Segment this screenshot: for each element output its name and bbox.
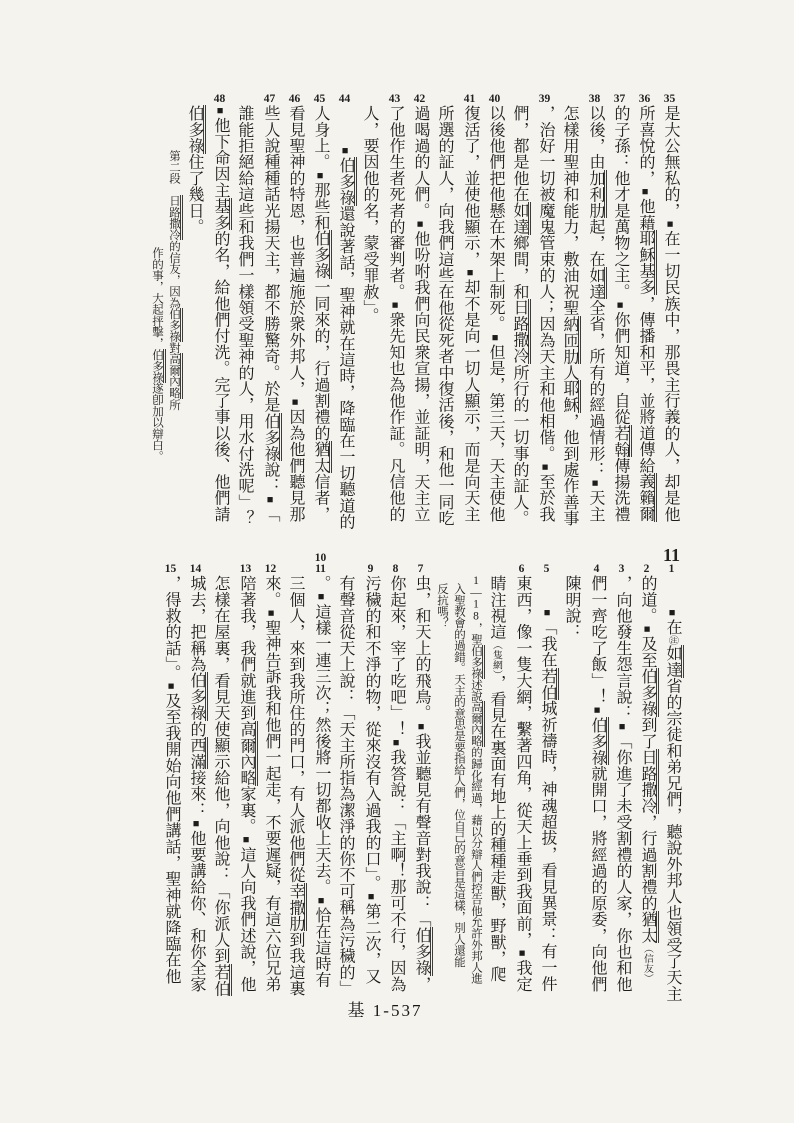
verse-number xyxy=(283,544,308,575)
proper-name: 猶太 xyxy=(312,441,332,473)
verse-text: 有聲音從天上說：「天主所指為潔淨的你不可稱為污穢的」 xyxy=(333,575,358,1003)
chapter-number: 11 xyxy=(663,547,680,564)
verse-text: 所喜悅的，■他藉耶穌基多，傳播和平，並將道傳給義籟爾 xyxy=(632,105,658,537)
proper-name: 伯多祿 xyxy=(639,668,659,717)
annotation-mark: （信友） xyxy=(642,943,653,983)
proper-name: 伯多祿 xyxy=(312,230,332,279)
verse-text: 睛注視這（隻網），看見在裏面有地上的種種走獸，野獸，爬 xyxy=(484,575,509,1003)
verse-start-mark: ■ xyxy=(666,607,678,619)
verse-text: 人身上。■那些和伯多祿一同來的，行過割禮的猶太信者， xyxy=(307,105,333,537)
note-column: 反抗嗎？ xyxy=(433,544,450,1011)
verse-text: 們一齊吃了飯」！■伯多祿就開口，將經過的原委，向他們 xyxy=(584,575,610,1003)
proper-name: 義籟爾 xyxy=(637,473,657,522)
verse-text: 的子孫：他才是萬物之主。■你們知道，自從若翰傳揚洗禮 xyxy=(607,105,633,537)
verse-column: 3，向他發生怨言說：■「你進了未受割禮的人家，你也和他 xyxy=(609,544,634,1003)
verse-number: 35 xyxy=(657,84,682,105)
verse-column: 10 11。■這樣一連三次；然後將一切都收上天去。■恰在這時有 xyxy=(308,544,333,1003)
verse-text: 反抗嗎？ xyxy=(433,575,450,1011)
verse-start-mark: ■ xyxy=(314,170,326,182)
proper-name: 基多 xyxy=(212,198,232,230)
verse-text: 復活了，並使他顯示，■却不是向一切人顯示，而是向天主 xyxy=(457,105,483,537)
verse-column: 2的道。■及至伯多祿到了日路撒冷，行過割禮的猶太（信友） xyxy=(634,544,659,1003)
verse-text: 污穢的和不淨的物，從來沒有入過我的口」。■第二次，又 xyxy=(358,575,384,1003)
verse-number: 44 xyxy=(332,84,357,105)
verse-number xyxy=(432,84,457,105)
acts-11-section: 111■在㊟如達省的宗徒和弟兄們，聽說外邦人也領受了天主2的道。■及至伯多祿到了… xyxy=(158,544,684,1035)
verse-number: 38 xyxy=(582,84,607,105)
verse-text: 們，都是他在如達鄉間，和日路撒冷所行的一切事的証人。 xyxy=(507,105,532,537)
proper-name: 如達 xyxy=(664,645,684,677)
proper-name: 高爾內略 xyxy=(238,721,258,786)
verse-column: 7虫，和天上的飛鳥。■我並聽見有聲音對我說：「伯多祿， xyxy=(408,544,433,1003)
proper-name: 日路撒冷 xyxy=(639,749,659,814)
proper-name: 伯多祿 xyxy=(151,349,166,383)
verse-number: 4 xyxy=(584,544,609,575)
verse-number: 46 xyxy=(282,84,307,105)
verse-column: 38以後，由加利肋起，在如達全省，所有的經過情形：■天主 xyxy=(582,84,607,537)
verse-number xyxy=(182,84,207,105)
verse-start-mark: ■ xyxy=(214,105,226,117)
verse-column: 人，要因他的名，蒙受罪赦」。 xyxy=(357,84,382,537)
verse-number: 15 xyxy=(158,544,183,575)
verse-number: 43 xyxy=(382,84,407,105)
verse-column: 6東西，像一隻大網，繫著四角，從天上垂到我面前，■我定 xyxy=(509,544,534,1003)
verse-number: 41 xyxy=(457,84,482,105)
verse-column: 9污穢的和不淨的物，從來沒有入過我的口」。■第二次，又 xyxy=(358,544,383,1003)
verse-column: 39，治好一切被魔鬼管束的人；因為天主和他相偕。■至於我 xyxy=(532,84,557,537)
verse-text: 東西，像一隻大網，繫著四角，從天上垂到我面前，■我定 xyxy=(509,575,535,1003)
verse-start-mark: ■ xyxy=(591,705,603,717)
verse-text: ■在㊟如達省的宗徒和弟兄們，聽說外邦人也領受了天主 xyxy=(659,575,685,1035)
verse-start-mark: ■ xyxy=(190,818,202,830)
verse-text: ，得救的話」。■及至我開始向他們講話，聖神就降臨在他 xyxy=(158,575,184,1003)
verse-number xyxy=(165,84,182,105)
verse-number: 12 xyxy=(258,544,283,575)
verse-text: 虫，和天上的飛鳥。■我並聽見有聲音對我說：「伯多祿， xyxy=(408,575,434,1003)
verse-column: 13陪著我，我們就進到高爾內略家裏。■這人向我們述說，他 xyxy=(233,544,258,1003)
verse-column: 5■「我在若伯城祈禱時，神魂超拔，看見異景：有一件 xyxy=(534,544,559,1035)
verse-number xyxy=(148,84,165,105)
verse-text: ，向他發生怨言說：■「你進了未受割禮的人家，你也和他 xyxy=(609,575,635,1003)
verse-number xyxy=(333,544,358,575)
verse-start-mark: ■ xyxy=(240,834,252,846)
proper-name: 納匝肋 xyxy=(561,316,581,365)
note-column: 第二段 日路撒冷的信友，因為伯多祿對高爾內略所 xyxy=(165,84,182,582)
verse-text: 。■這樣一連三次；然後將一切都收上天去。■恰在這時有 xyxy=(308,575,334,1003)
verse-column: 48■他下命因主基多的名，給他們付洗。完了事以後、他們請 xyxy=(207,84,232,537)
verse-text: 第二段 日路撒冷的信友，因為伯多祿對高爾內略所 xyxy=(165,105,182,582)
verse-text: ■「我在若伯城祈禱時，神魂超拔，看見異景：有一件 xyxy=(534,575,560,1035)
verse-text: 了他作生者死者的審判者。■衆先知也為他作証。凡信他的 xyxy=(382,105,408,537)
scanned-bible-page: 35是大公無私的，■在一切民族中，那畏主行義的人，却是他36所喜悅的，■他藉耶穌… xyxy=(0,0,794,1123)
verse-number: 7 xyxy=(408,544,433,575)
verse-start-mark: ■ xyxy=(390,737,402,749)
verse-number xyxy=(467,544,484,575)
proper-name: 日路撒冷 xyxy=(168,195,183,240)
verse-column: 42過喝過的人們。■他吩咐我們向民衆宣揚，並証明，天主立 xyxy=(407,84,432,537)
proper-name: 伯多祿 xyxy=(413,927,433,976)
proper-name: 伯多祿 xyxy=(188,672,208,721)
verse-column: 35是大公無私的，■在一切民族中，那畏主行義的人，却是他 xyxy=(657,84,682,537)
verse-start-mark: ■ xyxy=(265,607,277,619)
verse-number: 10 11 xyxy=(308,544,333,575)
verse-text: 怎樣用聖神和能力，敷油祝聖納匝肋人耶穌，他到處作善事 xyxy=(557,105,582,537)
verse-number: 9 xyxy=(358,544,383,575)
verse-number xyxy=(357,84,382,105)
verse-number xyxy=(433,544,450,575)
proper-name: 伯多祿 xyxy=(168,308,183,342)
verse-start-mark: ■ xyxy=(389,299,401,311)
verse-number xyxy=(208,544,233,575)
proper-name: 高爾內略 xyxy=(470,701,485,746)
verse-text: 伯多祿住了幾日。 xyxy=(182,105,207,537)
verse-start-mark: ■ xyxy=(541,607,553,619)
verse-column: 怎樣在屋裏，看見天使顯示給他，向他說：「你派人到若伯 xyxy=(208,544,233,1003)
verse-start-mark: ■ xyxy=(616,721,628,733)
verse-column: 37的子孫：他才是萬物之主。■你們知道，自從若翰傳揚洗禮 xyxy=(607,84,632,537)
verse-start-mark: ■ xyxy=(614,299,626,311)
verse-number xyxy=(507,84,532,105)
verse-column: 15，得救的話」。■及至我開始向他們講話，聖神就降臨在他 xyxy=(158,544,183,1003)
verse-number: 47 xyxy=(257,84,282,105)
verse-text: 來。■聖神告訴我和他們一起走，不要遲疑，有這六位兄弟 xyxy=(258,575,284,1003)
verse-number: 36 xyxy=(632,84,657,105)
verse-number: 13 xyxy=(233,544,258,575)
verse-start-mark: ■ xyxy=(516,948,528,960)
verse-start-mark: ■ xyxy=(641,624,653,636)
proper-name: 若翰 xyxy=(612,425,632,457)
verse-text: 所選的証人，向我們這些在他從死者中復活後，和他一同吃 xyxy=(432,105,457,537)
verse-column: 45人身上。■那些和伯多祿一同來的，行過割禮的猶太信者， xyxy=(307,84,332,537)
verse-text: 陳明說： xyxy=(559,575,584,1003)
page-number-footer: 基 1-537 xyxy=(0,996,770,1021)
verse-start-mark: ■ xyxy=(415,721,427,733)
proper-name: 伯多祿 xyxy=(186,105,206,154)
verse-start-mark: ■ xyxy=(264,494,276,506)
verse-column: 8你起來，宰了吃吧」！■我答說：「主啊！那可不行，因為 xyxy=(383,544,408,1003)
verse-number: 45 xyxy=(307,84,332,105)
verse-start-mark: ■ xyxy=(464,267,476,279)
verse-column: 46看見聖神的特恩，也普遍施於衆外邦人，■因為他們聽見那 xyxy=(282,84,307,537)
verse-column: 們，都是他在如達鄉間，和日路撒冷所行的一切事的証人。 xyxy=(507,84,532,537)
verse-column: 41復活了，並使他顯示，■却不是向一切人顯示，而是向天主 xyxy=(457,84,482,537)
note-column: 入聖教會的過錯。天主的意思是要指給人們，位自己的意旨是這樣，別人還能 xyxy=(450,544,467,1011)
verse-column: 伯多祿住了幾日。 xyxy=(182,84,207,537)
verse-start-mark: ■ xyxy=(315,895,327,907)
verse-start-mark: ■ xyxy=(639,186,651,198)
proper-name: 伯多祿 xyxy=(337,157,357,206)
verse-column: 111■在㊟如達省的宗徒和弟兄們，聽說外邦人也領受了天主 xyxy=(659,544,684,1035)
verse-text: ■他下命因主基多的名，給他們付洗。完了事以後、他們請 xyxy=(207,105,233,537)
verse-number xyxy=(450,544,467,575)
verse-text: ，治好一切被魔鬼管束的人；因為天主和他相偕。■至於我 xyxy=(532,105,558,537)
verse-column: 14城去，把稱為伯多祿的西滿接來：■他要講給你、和你全家 xyxy=(183,544,208,1003)
verse-text: 三個人，來到我所住的門口，有人派他們從幸撒肋到我這裏 xyxy=(283,575,308,1003)
verse-start-mark: ■ xyxy=(664,218,676,230)
verse-start-mark: ■ xyxy=(165,680,177,692)
verse-text: 看見聖神的特恩，也普遍施於衆外邦人，■因為他們聽見那 xyxy=(282,105,308,537)
verse-number: 6 xyxy=(509,544,534,575)
proper-name: 伯多祿 xyxy=(262,413,282,462)
verse-number: 111 xyxy=(659,544,684,575)
verse-column: 12來。■聖神告訴我和他們一起走，不要遲疑，有這六位兄弟 xyxy=(258,544,283,1003)
proper-name: 耶穌 xyxy=(561,380,581,412)
verse-number: 37 xyxy=(607,84,632,105)
proper-name: 高爾內略 xyxy=(168,353,183,398)
annotation-mark: ㊟ xyxy=(667,635,678,645)
verse-number: 5 xyxy=(534,544,559,575)
proper-name: 伯多祿 xyxy=(470,645,485,679)
verse-start-mark: ■ xyxy=(414,218,426,230)
verse-column: 43了他作生者死者的審判者。■衆先知也為他作証。凡信他的 xyxy=(382,84,407,537)
verse-number: 2 xyxy=(634,544,659,575)
verse-text: 1—18，聖伯多祿述說高爾內略的歸化經過，藉以分辯人們控告他允許外邦人進 xyxy=(467,575,484,1003)
annotation-mark: （隻網） xyxy=(491,640,502,675)
verse-number: 48 xyxy=(207,84,232,105)
verse-start-mark: ■ xyxy=(289,397,301,409)
verse-text: 是大公無私的，■在一切民族中，那畏主行義的人，却是他 xyxy=(657,105,683,537)
verse-start-mark: ■ xyxy=(339,145,351,157)
verse-text: 以後，由加利肋起，在如達全省，所有的經過情形：■天主 xyxy=(582,105,608,537)
verse-text: 誰能拒絕給這些和我們一樣領受聖神的人，用水付洗呢」？ xyxy=(232,105,257,537)
verse-text: 怎樣在屋裏，看見天使顯示給他，向他說：「你派人到若伯 xyxy=(208,575,233,1003)
proper-name: 耶穌基多 xyxy=(637,230,657,295)
verse-number xyxy=(484,544,509,575)
verse-column: 有聲音從天上說：「天主所指為潔淨的你不可稱為污穢的」 xyxy=(333,544,358,1003)
proper-name: 若伯 xyxy=(539,668,559,700)
verse-column: 47些人說種種話光揚天主，都不勝驚奇。於是伯多祿說：■「 xyxy=(257,84,282,537)
proper-name: 西滿 xyxy=(188,737,208,769)
verse-text: 人，要因他的名，蒙受罪赦」。 xyxy=(357,105,382,537)
verse-column: 陳明說： xyxy=(559,544,584,1003)
verse-column: 所選的証人，向我們這些在他從死者中復活後，和他一同吃 xyxy=(432,84,457,537)
verse-text: 入聖教會的過錯。天主的意思是要指給人們，位自己的意旨是這樣，別人還能 xyxy=(450,575,467,1011)
verse-number: 8 xyxy=(383,544,408,575)
note-column: 1—18，聖伯多祿述說高爾內略的歸化經過，藉以分辯人們控告他允許外邦人進 xyxy=(467,544,484,1003)
verse-number xyxy=(232,84,257,105)
verse-column: 4們一齊吃了飯」！■伯多祿就開口，將經過的原委，向他們 xyxy=(584,544,609,1003)
verse-text: 的道。■及至伯多祿到了日路撒冷，行過割禮的猶太（信友） xyxy=(634,575,660,1003)
verse-number: 3 xyxy=(609,544,634,575)
verse-column: 40以後他們把他懸在木架上制死。■但是，第三天，天主使他 xyxy=(482,84,507,537)
verse-text: 過喝過的人們。■他吩咐我們向民衆宣揚，並証明，天主立 xyxy=(407,105,433,537)
verse-text: 你起來，宰了吃吧」！■我答說：「主啊！那可不行，因為 xyxy=(383,575,409,1003)
proper-name: 幸撒肋 xyxy=(287,883,307,932)
proper-name: 如達 xyxy=(511,202,531,234)
verse-column: 44■伯多祿還說著話，聖神就在這時，降臨在一切聽道的 xyxy=(332,84,357,577)
verse-start-mark: ■ xyxy=(315,591,327,603)
verse-number: 39 xyxy=(532,84,557,105)
verse-text: 些人說種種話光揚天主，都不勝驚奇。於是伯多祿說：■「 xyxy=(257,105,283,537)
verse-text: 以後他們把他懸在木架上制死。■但是，第三天，天主使他 xyxy=(482,105,508,537)
verse-number: 14 xyxy=(183,544,208,575)
verse-start-mark: ■ xyxy=(489,332,501,344)
proper-name: 加利肋 xyxy=(587,170,607,219)
verse-column: 誰能拒絕給這些和我們一樣領受聖神的人，用水付洗呢」？ xyxy=(232,84,257,537)
verse-column: 36所喜悅的，■他藉耶穌基多，傳播和平，並將道傳給義籟爾 xyxy=(632,84,657,537)
proper-name: 日路撒冷 xyxy=(511,299,531,364)
proper-name: 伯多祿 xyxy=(589,717,609,766)
verse-number: 42 xyxy=(407,84,432,105)
verse-column: 睛注視這（隻網），看見在裏面有地上的種種走獸，野獸，爬 xyxy=(484,544,509,1003)
verse-number xyxy=(559,544,584,575)
verse-number xyxy=(557,84,582,105)
verse-text: 城去，把稱為伯多祿的西滿接來：■他要講給你、和你全家 xyxy=(183,575,209,1003)
verse-text: 陪著我，我們就進到高爾內略家裏。■這人向我們述說，他 xyxy=(233,575,259,1003)
proper-name: 猶太 xyxy=(639,911,659,943)
verse-column: 三個人，來到我所住的門口，有人派他們從幸撒肋到我這裏 xyxy=(283,544,308,1003)
verse-number: 40 xyxy=(482,84,507,105)
verse-start-mark: ■ xyxy=(589,478,601,490)
verse-column: 怎樣用聖神和能力，敷油祝聖納匝肋人耶穌，他到處作善事 xyxy=(557,84,582,537)
verse-start-mark: ■ xyxy=(539,461,551,473)
proper-name: 若伯 xyxy=(212,964,232,996)
verse-start-mark: ■ xyxy=(365,891,377,903)
verse-text: ■伯多祿還說著話，聖神就在這時，降臨在一切聽道的 xyxy=(332,105,358,577)
proper-name: 如達 xyxy=(587,267,607,299)
